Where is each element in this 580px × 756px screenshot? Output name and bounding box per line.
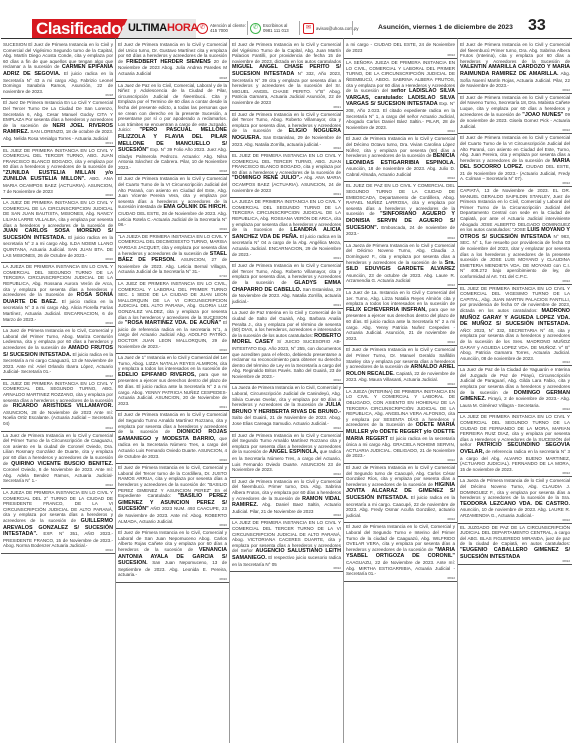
whatsapp-icon: ✆ — [250, 23, 261, 34]
notice-code: 08/21 — [232, 193, 341, 196]
contact-whatsapp: ✆ Escribinos al0981 111 013 — [250, 20, 289, 36]
classified-notice: El Juez de Primera Instancia en lo Civil… — [116, 175, 229, 232]
classified-notice: EL JUZGADO DE PAZ DE LA CIRCUNSCRIPCIÓN … — [458, 524, 572, 566]
notice-text: LA JUEZ DE PRIMERA INSTANCIA EN LO CIVIL… — [3, 200, 113, 227]
divider — [299, 21, 300, 35]
classified-notice: LA JUEZ DE PRIMERA INSTANCIA EN LO CIVIL… — [116, 280, 229, 354]
notice-code: 08/22 — [346, 577, 455, 580]
section-banner: Clasificados — [32, 19, 132, 38]
notice-code: 08/22 — [460, 361, 570, 364]
classified-notice: El Juez de Primera Instancia en lo Civil… — [344, 135, 457, 182]
notice-code: 08/22 — [346, 54, 455, 57]
notice-text: CIUDAD DEL ESTE, 28 de Noviembre de 2023… — [118, 211, 227, 227]
notice-code: 08/20 — [118, 349, 227, 352]
classified-notice: a mi cargo - CIUDAD DEL ESTE, 24 de Novi… — [344, 41, 457, 59]
decedent-name: EDELIO EPIFANIO RIVEROS, — [118, 372, 196, 378]
decedent-name: TEODORA LEZCANO VDA. DE CASTRO. — [460, 501, 570, 507]
column-3: El Juez de Primera Instancia en lo Civil… — [229, 38, 343, 743]
notice-text: Salto del Guairá, 21 de Noviembre de 202… — [232, 415, 341, 426]
decedent-name: "ROSA MARTINEZ VDA. DE ACUÑA" — [125, 320, 221, 326]
notice-code: 08/21 — [232, 106, 341, 109]
classified-notice: El Juez de Primera Instancia en lo Civil… — [230, 41, 343, 111]
notice-text: EL JUEZ DE PRIMERA INSTANCIA EN LO CIVIL… — [3, 148, 113, 170]
notice-code: 08/20 — [118, 228, 227, 231]
classified-notice: LA JUEZA DE PRIMERA INSTANCIA EN LO CIVI… — [1, 263, 115, 327]
column-2: El Juez de Primera Instancia en lo Civil… — [115, 38, 229, 743]
classified-notice: El Juez de Primera Instancia en lo Civil… — [230, 262, 343, 309]
notice-code: 08/22 — [460, 408, 570, 411]
classified-notice: La Juez de Primera Instancia en lo Civil… — [1, 327, 115, 380]
column-4: a mi cargo - CIUDAD DEL ESTE, 24 de Novi… — [343, 38, 457, 743]
notice-code: 08/22 — [346, 284, 455, 287]
notice-text: Asunción, 18 de noviembre de 2023. Abg. … — [346, 166, 455, 177]
logo-hora: HORA — [167, 22, 198, 34]
contact-value: 415 7000 — [210, 28, 246, 33]
notice-code: 07/10 — [118, 275, 227, 278]
classified-notice: El Juez de Primera Instancia en lo Civil… — [230, 432, 343, 478]
page-number: 33 — [528, 17, 546, 35]
classified-notice: CAPIATÁ, 13 de Noviembre de 2023. EL DR.… — [458, 187, 572, 285]
classified-notice: "LA JUEZA DE PRIMERA INSTANCIA EN LO CIV… — [116, 233, 229, 280]
newspaper-logo: ULTIMAHORA — [128, 21, 198, 36]
classified-notice: EL JUEZ DE PRIMERA INSTANCIA EN LO CIVIL… — [458, 285, 572, 367]
notice-text: EL JUEZ DE PRIMERA INSTANCIA EN LO CIVIL… — [232, 153, 341, 175]
classified-notice: LA JUEZA DE PRIMERA INSTANCIA EN LO CIVI… — [1, 489, 115, 554]
classified-notice: La Juez de 1a. Instancia en lo Civil y C… — [344, 289, 457, 346]
notice-text: La Jueza de Primera Instancia de lo Civi… — [460, 478, 570, 500]
classified-notice: El Juez de Primera Instancia en lo Civil… — [344, 346, 457, 388]
decedent-name: QUIRINO VICENTE BUSCIO BENITEZ. — [11, 461, 113, 467]
notice-text: Asunción, 10 de noviembre de 2023. Abg. … — [460, 507, 570, 518]
classified-notice: La Jueza de Primera Instancia en lo Civi… — [344, 242, 457, 289]
notice-code: 08/20 — [3, 258, 113, 261]
notice-text: ASUNCION, 28 de Noviembre de 2023 Ante m… — [3, 410, 113, 426]
decedent-name: FELIX ECHEVERRIA INSFRAN, — [346, 307, 427, 313]
notice-text: N° 983, SEC. N° 1, fue resuelto por prov… — [460, 234, 570, 279]
classified-notice: La Jueza de Primera Instancia de lo Civi… — [458, 477, 572, 523]
classified-notice: El Juez de Primera Instancia en lo Civil… — [116, 464, 229, 529]
section-title: Clasificados — [36, 19, 130, 38]
classified-notice: La Juez de 1° Instancia en lo Civil y Co… — [116, 354, 229, 411]
notice-text: CAPIATÁ, 13 de Noviembre de 2023. EL DR.… — [460, 188, 570, 232]
decedent-name: ANGEL ESPINOLA, — [269, 449, 318, 455]
notice-text: Asunción, 23 de octubre de 2023. Abg. La… — [346, 273, 455, 284]
notice-code: 08/22 — [346, 518, 455, 521]
notice-code: 08/22 — [460, 519, 570, 522]
decedent-name: EMA GÖLNIK DE HIRCH. — [163, 204, 227, 210]
notice-code: 08/22 — [232, 379, 341, 382]
notice-code: 08/22 — [460, 182, 570, 185]
notice-code: 08/18 — [118, 77, 227, 80]
decedent-name: "EUGENIO CABALLERO GIMENEZ S/ SUCESIÓN I… — [460, 547, 570, 560]
classified-notice: LA JUEZ DE PRIMERA INSTANCIA EN LO CIVIL… — [230, 519, 343, 572]
notice-code: 08/22 — [3, 549, 113, 552]
notice-code: 08/20 — [3, 322, 113, 325]
classified-notice: EL JUEZ DE PRIMERA INSTANCIA EN LO CIVIL… — [1, 380, 115, 432]
notice-text: CAAGUAZU, 22 de Noviembre de 2023. Ante … — [346, 560, 455, 576]
mail-icon: ✉ — [303, 23, 314, 34]
classified-notice: El Juez de Primera Instancia en lo Civil… — [458, 134, 572, 187]
notice-code: 08/22 — [346, 177, 455, 180]
classified-notice: El Juez de Primera Instancia en lo Civil… — [116, 529, 229, 583]
classified-notice: El Juez de Primera Instancia en lo Civil… — [230, 478, 343, 520]
notice-code: 08/22 — [460, 560, 570, 563]
page-header: Clasificados ULTIMAHORA ✆ Atención al cl… — [0, 0, 580, 38]
classified-notice: El Juez De Primera Instancia En Lo Civil… — [1, 99, 115, 146]
notice-code: 08/22 — [346, 459, 455, 462]
classified-notice: El Juez de Primera Instancia en lo Civil… — [116, 41, 229, 82]
classified-notice: La Juez de Primera Instancia en lo Civil… — [1, 432, 115, 489]
notice-text: La Juez de 1° Instancia en lo Civil y Co… — [118, 355, 227, 371]
decedent-name: "DOMINGO RENÉ JULIO".- — [232, 175, 302, 181]
classified-notice: LA SEÑORA JUEZA DE PRIMERA INSTANCIA EN … — [344, 59, 457, 135]
classified-notice: EL JUEZ DE PRIMERA INSTANCIA EN LO CIVIL… — [1, 147, 115, 200]
notice-code: 08/20 — [118, 459, 227, 462]
notice-code: 08/22 — [232, 427, 341, 430]
classified-notice: LA JUEZ DE PRIMERA INSTANCIA EN LO CIVIL… — [1, 199, 115, 263]
classified-notice: LA JUEZA DE PRIMERA INSTANCIA EN LO CIVI… — [230, 198, 343, 262]
notice-code: 08/22 — [346, 130, 455, 133]
notice-code: 08/22 — [460, 129, 570, 132]
classified-notice: La Juez de Paz Interina en lo Civil y Co… — [230, 309, 343, 384]
notice-text: a mi cargo - CIUDAD DEL ESTE, 24 de Novi… — [346, 42, 455, 53]
classified-notice: LA JUEZA (INTERINA) DE PRIMERA INSTANCIA… — [344, 388, 457, 464]
notice-text: LA JUEZ DE PRIMERA INSTANCIA EN LO CIVIL… — [118, 281, 227, 325]
notice-code: 08/22 — [460, 280, 570, 283]
notice-code: 08/21 — [232, 257, 341, 260]
classified-notice: EL JUEZ DE PAZ EN LO CIVIL Y COMERCIAL D… — [344, 182, 457, 241]
notice-code: 08/22 — [232, 514, 341, 517]
contact-email: ✉ avisos@uhora.com.py — [303, 20, 359, 36]
classified-notice: LA JUEZ DE PRIMERA INSTANCIA EN LO CIVIL… — [458, 413, 572, 477]
notice-text: El Juez de Primera Instancia en lo Civil… — [232, 42, 341, 64]
notice-code: 08/20 — [118, 578, 227, 581]
classified-notice: SUCESION El Juez de Primera Instancia en… — [1, 41, 115, 99]
notice-code: 08/20 — [118, 524, 227, 527]
notice-code: 08/22 — [346, 383, 455, 386]
classified-notice: EL JUEZ DE PRIMERA INSTANCIA EN LO CIVIL… — [230, 152, 343, 198]
dateline: Asunción, viernes 1 de diciembre de 2023 — [378, 24, 513, 31]
notice-code: 06/18 — [3, 94, 113, 97]
notice-code: 08/22 — [3, 484, 113, 487]
decedent-name: VALENTIN AMARILLA CARDOZO Y MARIA RAIMUN… — [460, 64, 570, 77]
notice-code: 08/22 — [232, 473, 341, 476]
notice-code: 08/22 — [346, 341, 455, 344]
notice-text: La Juez de Paz en lo Civil, Comercial, L… — [118, 83, 227, 133]
notice-code: 08/21 — [232, 304, 341, 307]
notice-code: 08/22 — [3, 427, 113, 430]
column-5: El Juez de Primera Instancia en lo Civil… — [457, 38, 572, 743]
classified-notice: El Juez de Primera Instancia en lo Civil… — [116, 411, 229, 464]
classified-notice: El Juez de Primera Instancia en lo Civil… — [458, 41, 572, 94]
notice-text: Coronel Oviedo, 8 de Noviembre de 2023. … — [3, 467, 113, 483]
decedent-name: RICARDO ARISTIDES VILLAMAYOR. — [13, 403, 113, 409]
notice-code: 08/22 — [460, 89, 570, 92]
divider — [352, 21, 353, 35]
contact-value: 0981 111 013 — [263, 28, 289, 33]
notice-code: 08/21 — [118, 406, 227, 409]
decedent-name: "JOAO NUNES" — [522, 112, 563, 118]
notice-text: AÑO: 2023, N° 332, SECRETARIA N° 40, cit… — [460, 328, 570, 361]
notice-code: 08/13 — [3, 142, 113, 145]
notice-code: 08/22 — [346, 237, 455, 240]
classified-notice: El Juez de Primera Instancia en lo Civil… — [458, 94, 572, 135]
decedent-name: FRIEDBERT HERDER SIEMENS — [126, 59, 211, 65]
notice-code: 08/22 — [232, 147, 341, 150]
classifieds-columns: SUCESION El Juez de Primera Instancia en… — [0, 38, 580, 756]
classified-notice: La Juez de Paz de la Ciudad de Yaguarón … — [458, 366, 572, 413]
notice-code: 08/22 — [3, 375, 113, 378]
classified-notice: La Juez de Paz en lo Civil, Comercial, L… — [116, 82, 229, 176]
notice-code: 08/20 — [3, 194, 113, 197]
classified-notice: El Juez de Primera Instancia en lo Civil… — [344, 523, 457, 581]
notice-text: La Juez de 1a. Instancia en lo Civil y C… — [346, 290, 455, 306]
notice-text: EL JUZGADO DE PAZ DE LA CIRCUNSCRIPCIÓN … — [460, 525, 570, 547]
notice-code: 08/22 — [460, 472, 570, 475]
contact-phone: ✆ Atención al cliente:415 7000 — [197, 20, 246, 36]
notice-code: 08/18 — [118, 170, 227, 173]
logo-ultima: ULTIMA — [128, 22, 167, 34]
classified-notice: La Jueza de Primera Instancia en lo Civi… — [230, 384, 343, 431]
classified-notice: El Juez de Primera Instancia en lo Civil… — [344, 464, 457, 523]
notice-text: S/ JUICIO SUCESORIO AB-INTESTATO Exp. Añ… — [232, 339, 341, 379]
notice-text: La Jueza de Primera Instancia en lo Civi… — [346, 243, 455, 265]
divider — [247, 21, 248, 35]
notice-text: El Juez de Primera Instancia en lo Civil… — [460, 42, 570, 64]
notice-code: 08/22 — [232, 567, 341, 570]
column-1: SUCESION El Juez de Primera Instancia en… — [1, 38, 115, 743]
phone-icon: ✆ — [197, 23, 208, 34]
classified-notice: El Juez de Primera Instancia en lo Civil… — [230, 111, 343, 153]
